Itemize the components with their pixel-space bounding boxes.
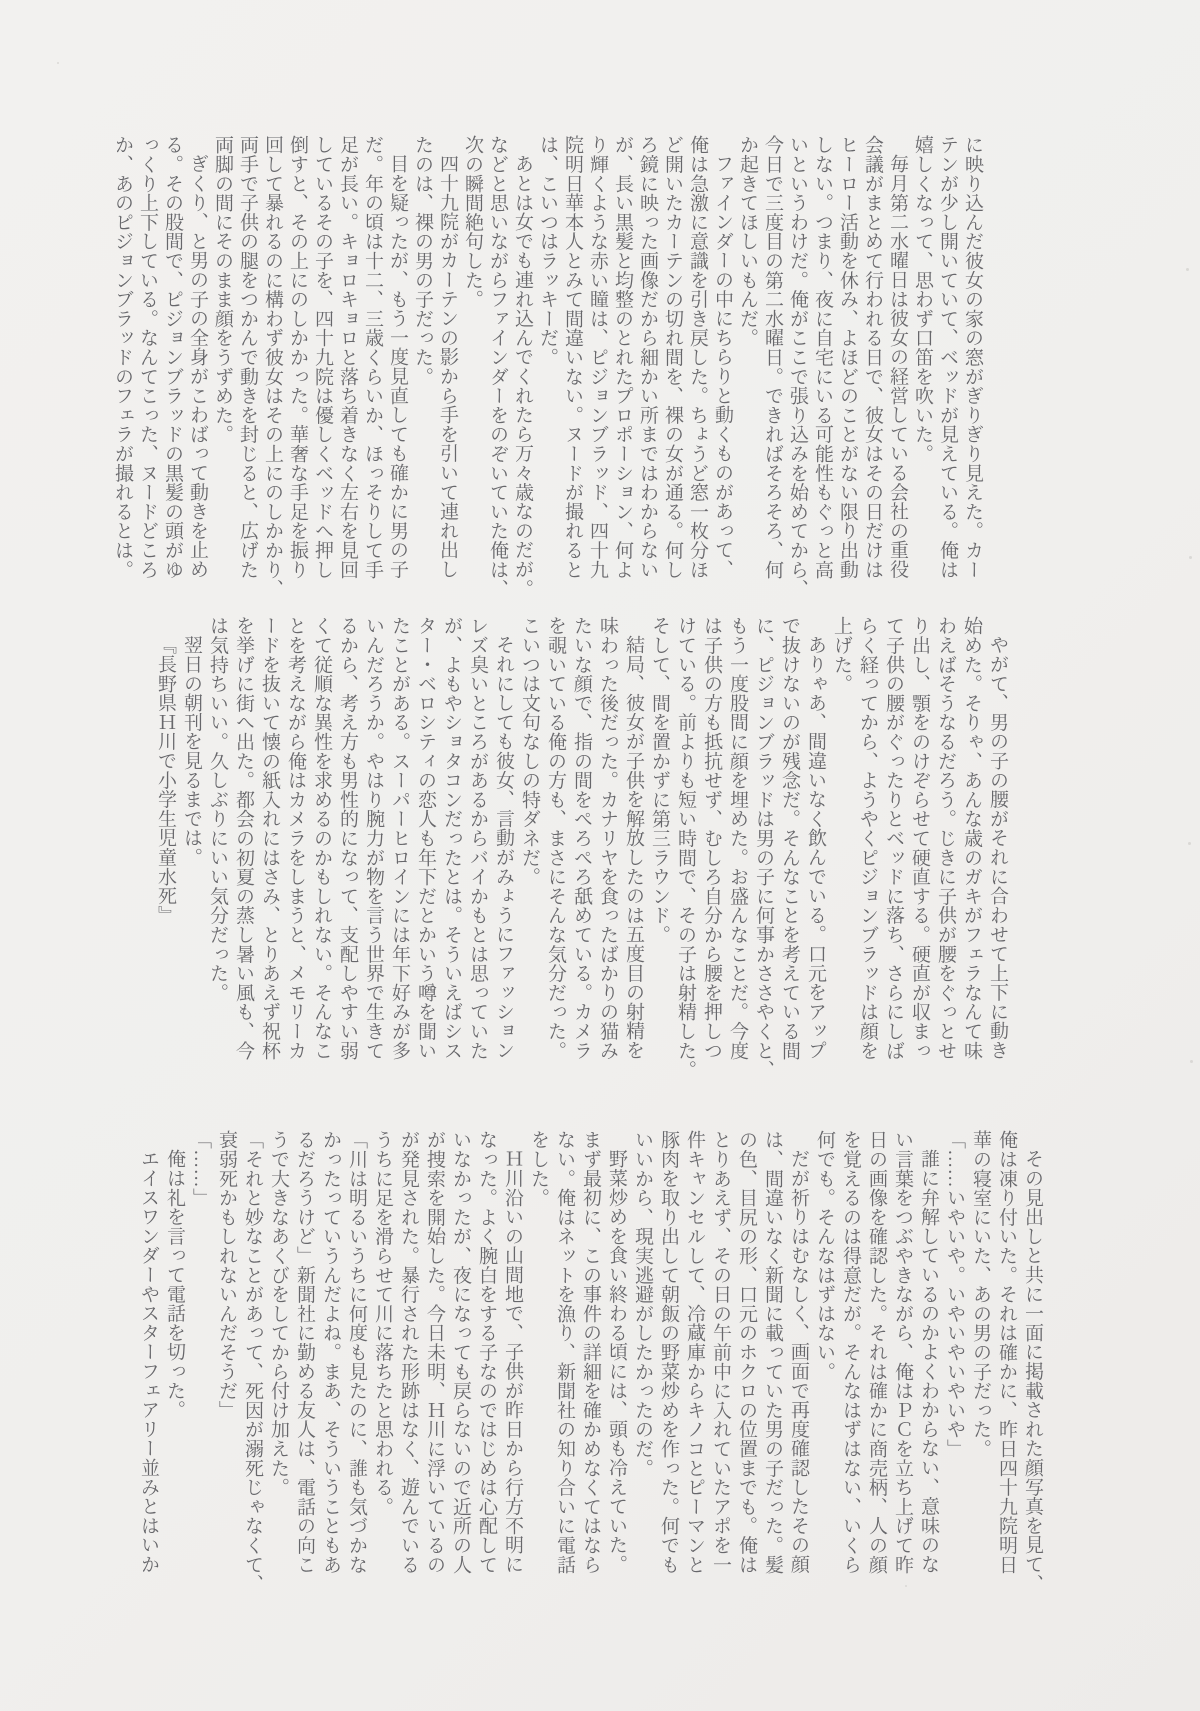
text-column: 「……いやいや。いやいやいやいや」: [941, 1130, 967, 1605]
scan-speckle: [1190, 1060, 1193, 1063]
text-column: るから、考え方も男性的になって、支配しやすい弱: [334, 616, 360, 1091]
text-column: で抜けないのが残念だ。そんなことを考えている間: [776, 616, 802, 1091]
text-column: か、あのピジョンブラッドのフェラが撮れるとは。: [110, 135, 135, 610]
text-column: いいから、現実逃避がしたかったのだ。: [629, 1130, 655, 1605]
text-column: 四十九院がカーテンの影から手を引いて連れ出し: [435, 135, 460, 610]
text-column: 豚肉を取り出して朝飯の野菜炒めを作った。何でも: [655, 1130, 681, 1605]
scan-speckle: [57, 62, 59, 64]
text-column: が、長い黒髪と均整のとれたプロポーション、何よ: [610, 135, 635, 610]
text-column: 会議がまとめて行われる日で、彼女はその日だけは: [860, 135, 885, 610]
text-column: らく経ってから、ようやくピジョンブラッドは顔を: [854, 616, 880, 1091]
text-column: ない。俺はネットを漁り、新聞社の知り合いに電話: [551, 1130, 577, 1605]
text-column: 野菜炒めを食い終わる頃には、頭も冷えていた。: [603, 1130, 629, 1605]
text-column: などと思いながらファインダーをのぞいていた俺は、: [485, 135, 510, 610]
scan-speckle: [1188, 842, 1191, 845]
text-column: Ｈ川沿いの山間地で、子供が昨日から行方不明に: [499, 1130, 525, 1605]
scanned-page: に映り込んだ彼女の家の窓がぎりぎり見えた。カーテンが少し開いていて、ベッドが見え…: [0, 0, 1200, 1711]
text-column: けている。前よりも短い時間で、その子は射精した。: [672, 616, 698, 1091]
scan-speckle: [586, 1562, 589, 1565]
text-block-top: に映り込んだ彼女の家の窓がぎりぎり見えた。カーテンが少し開いていて、ベッドが見え…: [110, 135, 985, 610]
text-column: 両手で子供の腿をつかんで動きを封じると、広げた: [235, 135, 260, 610]
text-column: こいつは文句なしの特ダネだ。: [516, 616, 542, 1091]
text-column: る。その股間で、ピジョンブラッドの黒髪の頭がゆ: [160, 135, 185, 610]
text-column: 毎月第二水曜日は彼女の経営している会社の重役: [885, 135, 910, 610]
text-column: 院明日華本人とみて間違いない。ヌードが撮れると: [560, 135, 585, 610]
text-column: 次の瞬間絶句した。: [460, 135, 485, 610]
text-column: あとは女でも連れ込んでくれたら万々歳なのだが。: [510, 135, 535, 610]
text-column: その見出しと共に一面に掲載された顔写真を見て、: [1019, 1130, 1045, 1605]
text-column: は気持ちいい。久しぶりにいい気分だった。: [204, 616, 230, 1091]
text-column: まず最初に、この事件の詳細を確かめなくてはなら: [577, 1130, 603, 1605]
text-column: 俺は礼を言って電話を切った。: [161, 1130, 187, 1605]
text-column: うちに足を滑らせて川に落ちたと思われる。: [369, 1130, 395, 1605]
text-column: 結局、彼女が子供を解放したのは五度目の射精を: [620, 616, 646, 1091]
text-column: いんだろうか。やはり腕力が物を言う世界で生きて: [360, 616, 386, 1091]
text-column: 倒すと、その上にのしかかった。華奢な手足を振り: [285, 135, 310, 610]
scan-speckle: [1186, 268, 1189, 271]
text-column: しているその子を、四十九院は優しくベッドへ押し: [310, 135, 335, 610]
text-column: 目を疑ったが、もう一度見直しても確かに男の子: [385, 135, 410, 610]
text-block-middle: やがて、男の子の腰がそれに合わせて上下に動き始めた。そりゃ、あんな歳のガキがフェ…: [152, 616, 1010, 1091]
text-column: それにしても彼女、言動がみょうにファッション: [490, 616, 516, 1091]
text-column: わえばそうなるだろう。じきに子供が腰をぐっとせ: [932, 616, 958, 1091]
scan-speckle: [1189, 556, 1192, 559]
text-column: の色、目尻の形、口元のホクロの位置までも。俺は: [733, 1130, 759, 1605]
text-column: 「それと妙なことがあって、死因が溺死じゃなくて、: [239, 1130, 265, 1605]
text-column: 華の寝室にいた、あの男の子だった。: [967, 1130, 993, 1605]
text-column: 嬉しくなって、思わず口笛を吹いた。: [910, 135, 935, 610]
text-column: 足が長い。キョロキョロと落ち着きなく左右を見回: [335, 135, 360, 610]
text-column: 件キャンセルして、冷蔵庫からキノコとピーマンと: [681, 1130, 707, 1605]
text-column: が、よもやショタコンだったとは。そういえばシス: [438, 616, 464, 1091]
text-column: ありゃあ、間違いなく飲んでいる。口元をアップ: [802, 616, 828, 1091]
text-column: 両脚の間にそのまま顔をうずめた。: [210, 135, 235, 610]
text-column: に、ピジョンブラッドは男の子に何事かささやくと、: [750, 616, 776, 1091]
text-column: とを考えながら俺はカメラをしまうと、メモリーカ: [282, 616, 308, 1091]
text-column: ぎくり、と男の子の全身がこわばって動きを止め: [185, 135, 210, 610]
text-column: 日の画像を確認した。それは確かに商売柄、人の顔: [863, 1130, 889, 1605]
text-column: が捜索を開始した。今日未明、Ｈ川に浮いているの: [421, 1130, 447, 1605]
text-column: を覚えるのは得意だが。そんなはずはない、いくら: [837, 1130, 863, 1605]
text-column: 『長野県Ｈ川で小学生児童水死』: [152, 616, 178, 1091]
text-column: とりあえず、その日の午前中に入れていたアポを一: [707, 1130, 733, 1605]
text-column: ろ鏡に映った画像だから細かい所まではわからない: [635, 135, 660, 610]
text-column: 「……」: [187, 1130, 213, 1605]
text-column: かったっていうんだよね。まあ、そういうこともあ: [317, 1130, 343, 1605]
text-column: 何でも。そんなはずはない。: [811, 1130, 837, 1605]
text-column: 誰に弁解しているのかよくわからない、意味のな: [915, 1130, 941, 1605]
text-column: やがて、男の子の腰がそれに合わせて上下に動き: [984, 616, 1010, 1091]
text-column: るだろうけど」新聞社に勤める友人は、電話の向こ: [291, 1130, 317, 1605]
text-column: っくり上下している。なんてこった、ヌードどころ: [135, 135, 160, 610]
text-block-bottom: その見出しと共に一面に掲載された顔写真を見て、俺は凍り付いた。それは確かに、昨日…: [135, 1130, 1045, 1605]
text-column: だ。年の頃は十二、三歳くらいか、ほっそりして手: [360, 135, 385, 610]
text-column: 俺は急激に意識を引き戻した。ちょうど窓一枚分ほ: [685, 135, 710, 610]
text-column: いなかったが、夜になっても戻らないので近所の人: [447, 1130, 473, 1605]
text-column: 「川は明るいうちに何度も見たのに、誰も気づかな: [343, 1130, 369, 1605]
text-column: 回して暴れるのに構わず彼女はその上にのしかかり、: [260, 135, 285, 610]
text-column: ヒーロー活動を休み、よほどのことがない限り出動: [835, 135, 860, 610]
text-column: 上げた。: [828, 616, 854, 1091]
text-column: に映り込んだ彼女の家の窓がぎりぎり見えた。カー: [960, 135, 985, 610]
text-column: たいな顔で、指の間をぺろぺろ舐めている。カメラ: [568, 616, 594, 1091]
scan-speckle: [905, 1585, 907, 1587]
text-column: テンが少し開いていて、ベッドが見えている。俺は: [935, 135, 960, 610]
text-column: ファインダーの中にちらりと動くものがあって、: [710, 135, 735, 610]
text-column: 味わった後だった。カナリヤを食ったばかりの猫み: [594, 616, 620, 1091]
text-column: をした。: [525, 1130, 551, 1605]
text-column: り出し、顎をのけぞらせて硬直する。硬直が収まっ: [906, 616, 932, 1091]
text-column: を覗いている俺の方も、まさにそんな気分だった。: [542, 616, 568, 1091]
text-column: 翌日の朝刊を見るまでは。: [178, 616, 204, 1091]
text-column: 衰弱死かもしれないんだそうだ」: [213, 1130, 239, 1605]
text-column: り輝くような赤い瞳は、ピジョンブラッド、四十九: [585, 135, 610, 610]
text-column: 俺は凍り付いた。それは確かに、昨日四十九院明日: [993, 1130, 1019, 1605]
text-column: ードを抜いて懐の紙入れにはさみ、とりあえず祝杯: [256, 616, 282, 1091]
text-column: たことがある。スーパーヒロインには年下好みが多: [386, 616, 412, 1091]
text-column: ター・ベロシティの恋人も年下だとかいう噂を聞い: [412, 616, 438, 1091]
text-column: くて従順な異性を求めるのかもしれない。そんなこ: [308, 616, 334, 1091]
text-column: 今日で三度目の第二水曜日。できればそろそろ、何: [760, 135, 785, 610]
text-column: だが祈りはむなしく、画面で再度確認したその顔: [785, 1130, 811, 1605]
text-column: なった。よく腕白をする子なのではじめは心配して: [473, 1130, 499, 1605]
text-column: て子供の腰がぐったりとベッドに落ち、さらにしば: [880, 616, 906, 1091]
text-column: うで大きなあくびをしてから付け加えた。: [265, 1130, 291, 1605]
text-column: い言葉をつぶやきながら、俺はＰＣを立ち上げて昨: [889, 1130, 915, 1605]
text-column: ど開いたカーテンの切れ間を、裸の女が通る。何し: [660, 135, 685, 610]
text-column: は、こいつはラッキーだ。: [535, 135, 560, 610]
text-column: しない。つまり、夜に自宅にいる可能性もぐっと高: [810, 135, 835, 610]
text-column: を挙げに街へ出た。都会の初夏の蒸し暑い風も、今: [230, 616, 256, 1091]
text-column: たのは、裸の男の子だった。: [410, 135, 435, 610]
text-column: エイスワンダーやスターフェアリー並みとはいか: [135, 1130, 161, 1605]
text-column: もう一度股間に顔を埋めた。お盛んなことだ。今度: [724, 616, 750, 1091]
text-column: は、間違いなく新聞に載っていた男の子だった。髪: [759, 1130, 785, 1605]
text-column: レズ臭いところがあるからバイかもとは思っていた: [464, 616, 490, 1091]
text-column: そして、間を置かずに第三ラウンド。: [646, 616, 672, 1091]
text-column: は子供の方も抵抗せず、むしろ自分から腰を押しつ: [698, 616, 724, 1091]
text-column: が発見された。暴行された形跡はなく、遊んでいる: [395, 1130, 421, 1605]
text-column: いというわけだ。俺がここで張り込みを始めてから、: [785, 135, 810, 610]
text-column: か起きてほしいもんだ。: [735, 135, 760, 610]
text-column: 始めた。そりゃ、あんな歳のガキがフェラなんて味: [958, 616, 984, 1091]
